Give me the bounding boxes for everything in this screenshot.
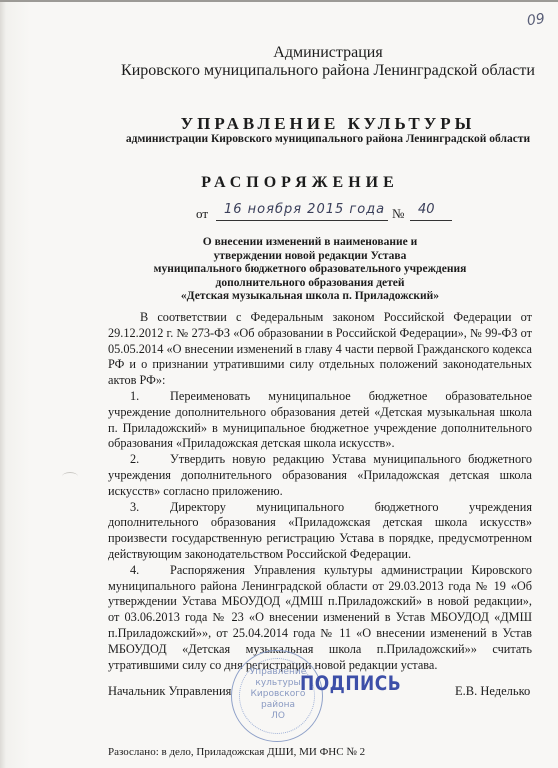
signature-mark: ПОДПИСЬ (300, 673, 401, 696)
date-underline (216, 220, 388, 221)
list-item: 3.Директору муниципального бюджетного уч… (108, 500, 532, 563)
distribution-list: Разослано: в дело, Приладожская ДШИ, МИ … (108, 746, 365, 758)
official-stamp: Управление культуры Кировского района ЛО (231, 650, 323, 742)
subject-line: утверждении новой редакции Устава (100, 250, 520, 264)
header-admin-line2: Кировского муниципального района Ленингр… (108, 62, 548, 80)
number-underline (410, 220, 452, 221)
list-item: 4.Распоряжения Управления культуры админ… (108, 563, 532, 674)
document-body: В соответствии с Федеральным законом Рос… (108, 310, 532, 673)
subject-line: муниципального бюджетного образовательно… (100, 263, 520, 277)
list-item: 1.Переименовать муниципальное бюджетное … (108, 389, 532, 452)
number-prefix: № (392, 206, 404, 222)
date-prefix: от (196, 206, 208, 222)
subject-line: О внесении изменений в наименование и (100, 236, 520, 250)
signatory-name: Е.В. Неделько (455, 684, 530, 699)
subject-line: «Детская музыкальная школа п. Приладожск… (100, 290, 520, 304)
header-department: УПРАВЛЕНИЕ КУЛЬТУРЫ (108, 114, 548, 134)
header-department-sub: администрации Кировского муниципального … (108, 133, 548, 145)
date-number-line: от 16 ноября 2015 года № 40 (196, 202, 456, 222)
header-admin-line1: Администрация (108, 44, 548, 62)
preamble: В соответствии с Федеральным законом Рос… (108, 310, 532, 389)
document-type: РАСПОРЯЖЕНИЕ (80, 174, 520, 192)
subject-line: дополнительного образования детей (100, 277, 520, 291)
list-item: 2.Утвердить новую редакцию Устава муници… (108, 452, 532, 499)
date-handwritten: 16 ноября 2015 года (224, 202, 385, 217)
number-handwritten: 40 (418, 202, 435, 217)
document-subject: О внесении изменений в наименование и ут… (100, 236, 520, 304)
signatory-title: Начальник Управления (108, 684, 231, 699)
punch-hole-mark (62, 472, 78, 481)
document-page: 09 Администрация Кировского муниципально… (0, 0, 558, 768)
page-number: 09 (526, 11, 546, 29)
